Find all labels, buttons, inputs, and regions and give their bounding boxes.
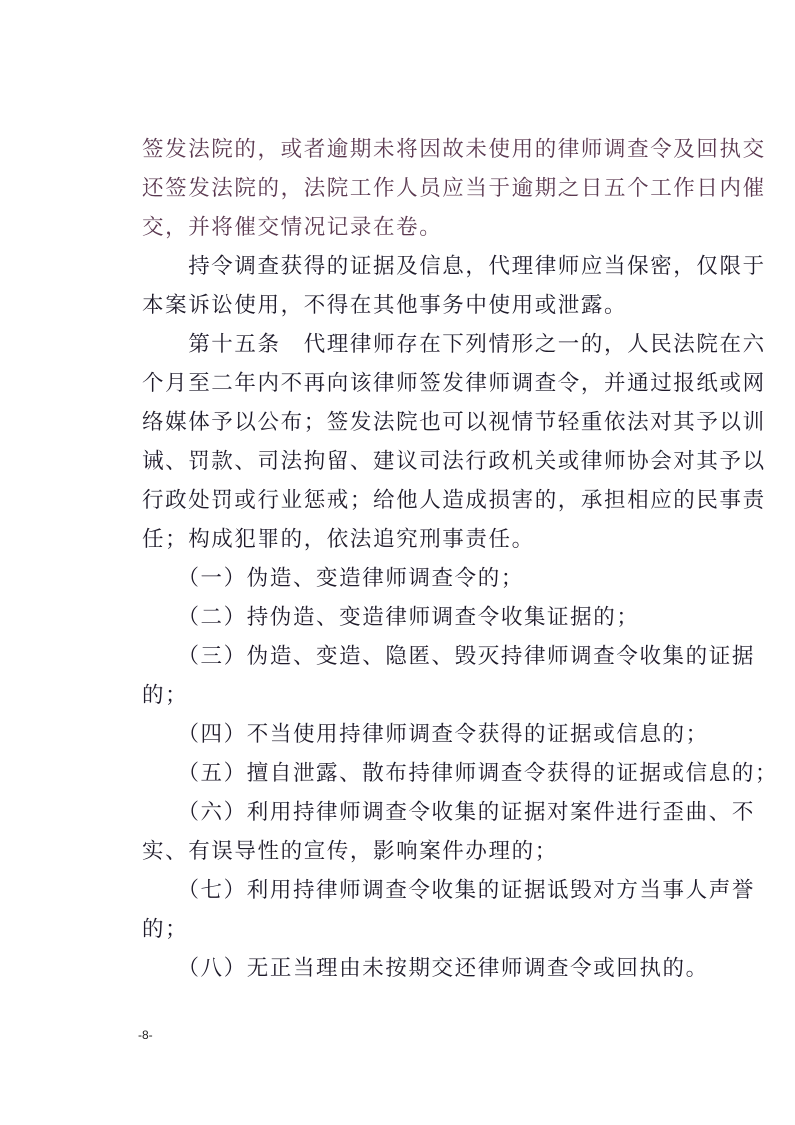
list-item-6: （六）利用持律师调查令收集的证据对案件进行歪曲、不 xyxy=(142,799,722,827)
list-item-7-cont: 的； xyxy=(142,916,722,944)
list-item-3: （三）伪造、变造、隐匿、毁灭持律师调查令收集的证据 xyxy=(142,643,722,671)
paragraph-line: 行政处罚或行业惩戒；给他人造成损害的，承担相应的民事责 xyxy=(142,487,722,515)
document-page: 签发法院的，或者逾期未将因故未使用的律师调查令及回执交 还签发法院的，法院工作人… xyxy=(0,0,795,1125)
paragraph-line: 个月至二年内不再向该律师签发律师调查令，并通过报纸或网 xyxy=(142,370,722,398)
paragraph-line: 持令调查获得的证据及信息，代理律师应当保密，仅限于 xyxy=(142,253,722,281)
list-item-7: （七）利用持律师调查令收集的证据诋毁对方当事人声誉 xyxy=(142,877,722,905)
page-number: -8- xyxy=(138,1028,153,1042)
paragraph-line: 诫、罚款、司法拘留、建议司法行政机关或律师协会对其予以 xyxy=(142,448,722,476)
list-item-1: （一）伪造、变造律师调查令的； xyxy=(142,565,722,593)
paragraph-line: 任；构成犯罪的，依法追究刑事责任。 xyxy=(142,526,722,554)
paragraph-line: 签发法院的，或者逾期未将因故未使用的律师调查令及回执交 xyxy=(142,136,722,164)
list-item-6-cont: 实、有误导性的宣传，影响案件办理的； xyxy=(142,838,722,866)
list-item-2: （二）持伪造、变造律师调查令收集证据的； xyxy=(142,604,722,632)
paragraph-line: 络媒体予以公布；签发法院也可以视情节轻重依法对其予以训 xyxy=(142,409,722,437)
list-item-4: （四）不当使用持律师调查令获得的证据或信息的； xyxy=(142,721,722,749)
paragraph-line: 还签发法院的，法院工作人员应当于逾期之日五个工作日内催 xyxy=(142,175,722,203)
article-15-heading-line: 第十五条 代理律师存在下列情形之一的，人民法院在六 xyxy=(142,331,722,359)
paragraph-line: 本案诉讼使用，不得在其他事务中使用或泄露。 xyxy=(142,292,722,320)
paragraph-line: 交，并将催交情况记录在卷。 xyxy=(142,214,722,242)
list-item-8: （八）无正当理由未按期交还律师调查令或回执的。 xyxy=(142,955,722,983)
list-item-5: （五）擅自泄露、散布持律师调查令获得的证据或信息的； xyxy=(142,760,722,788)
list-item-3-cont: 的； xyxy=(142,682,722,710)
